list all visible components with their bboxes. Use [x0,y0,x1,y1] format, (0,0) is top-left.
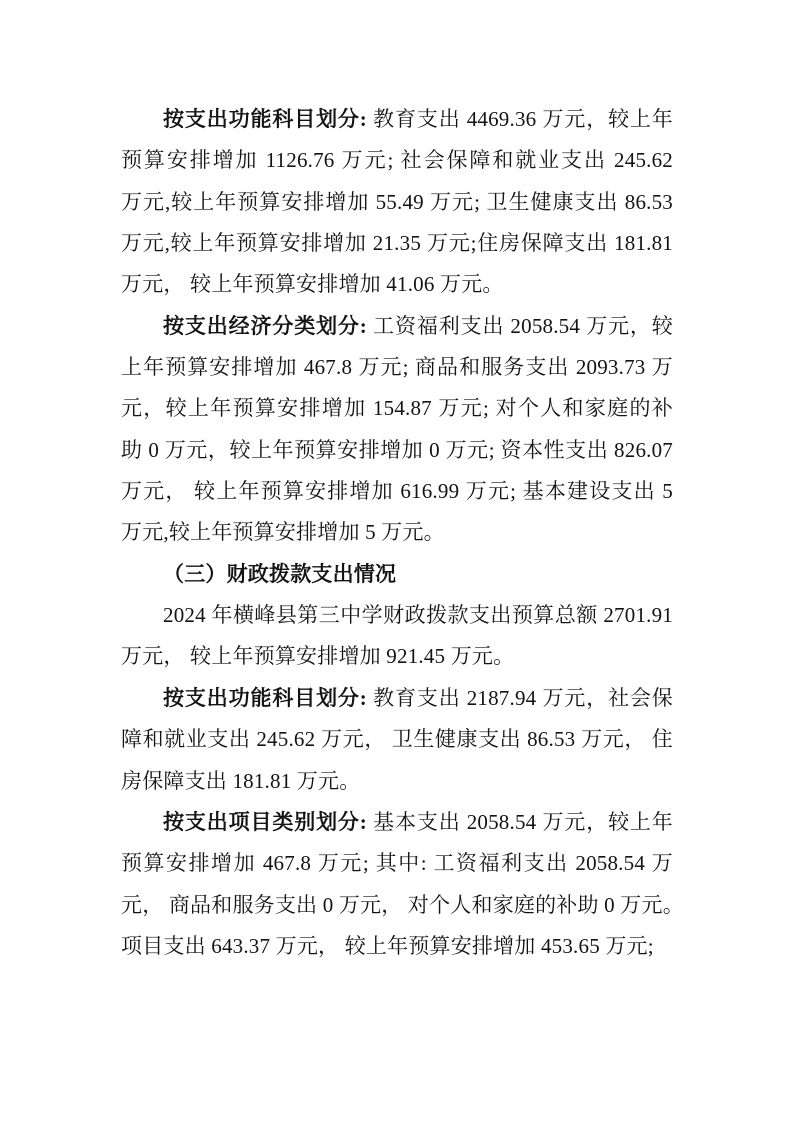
paragraph-fiscal-appropriation-total: 2024 年横峰县第三中学财政拨款支出预算总额 2701.91万元， 较上年预算… [121,595,673,678]
text-line: 障和就业支出 245.62 万元， 卫生健康支出 86.53 万元， 住 [121,719,673,760]
paragraph-expense-by-function-total: 按支出功能科目划分: 教育支出 4469.36 万元，较上年预算安排增加 112… [121,99,673,306]
text-line: （三）财政拨款支出情况 [121,554,673,595]
text-line: 按支出功能科目划分: 教育支出 2187.94 万元，社会保 [121,678,673,719]
text-line: 万元,较上年预算安排增加 55.49 万元; 卫生健康支出 86.53 [121,182,673,223]
paragraph-section-3-heading: （三）财政拨款支出情况 [121,554,673,595]
text-line: 按支出项目类别划分: 基本支出 2058.54 万元，较上年 [121,802,673,843]
text-line: 按支出功能科目划分: 教育支出 4469.36 万元，较上年 [121,99,673,140]
text-line: 万元， 较上年预算安排增加 41.06 万元。 [121,264,673,305]
text-line: 万元,较上年预算安排增加 5 万元。 [121,512,673,553]
bold-lead: 按支出项目类别划分: [163,810,367,834]
text-line: 预算安排增加 467.8 万元; 其中: 工资福利支出 2058.54 万 [121,843,673,884]
text-line: 房保障支出 181.81 万元。 [121,761,673,802]
text-line: 项目支出 643.37 万元， 较上年预算安排增加 453.65 万元; [121,926,673,967]
text-line: 上年预算安排增加 467.8 万元; 商品和服务支出 2093.73 万 [121,347,673,388]
text-line: 万元， 较上年预算安排增加 921.45 万元。 [121,636,673,677]
bold-lead: （三）财政拨款支出情况 [163,562,396,586]
text-line: 元， 商品和服务支出 0 万元， 对个人和家庭的补助 0 万元。 [121,885,673,926]
text-line: 按支出经济分类划分: 工资福利支出 2058.54 万元，较 [121,306,673,347]
text-line: 助 0 万元，较上年预算安排增加 0 万元; 资本性支出 826.07 [121,430,673,471]
bold-lead: 按支出功能科目划分: [163,107,367,131]
document-page: 按支出功能科目划分: 教育支出 4469.36 万元，较上年预算安排增加 112… [0,0,793,1122]
text-line: 2024 年横峰县第三中学财政拨款支出预算总额 2701.91 [121,595,673,636]
text-line: 元，较上年预算安排增加 154.87 万元; 对个人和家庭的补 [121,388,673,429]
bold-lead: 按支出功能科目划分: [163,686,367,710]
text-line: 万元， 较上年预算安排增加 616.99 万元; 基本建设支出 5 [121,471,673,512]
paragraph-expense-by-economic-class: 按支出经济分类划分: 工资福利支出 2058.54 万元，较上年预算安排增加 4… [121,306,673,554]
bold-lead: 按支出经济分类划分: [163,314,367,338]
document-body: 按支出功能科目划分: 教育支出 4469.36 万元，较上年预算安排增加 112… [121,99,673,967]
paragraph-fiscal-by-project-category: 按支出项目类别划分: 基本支出 2058.54 万元，较上年预算安排增加 467… [121,802,673,967]
paragraph-fiscal-by-function: 按支出功能科目划分: 教育支出 2187.94 万元，社会保障和就业支出 245… [121,678,673,802]
text-line: 预算安排增加 1126.76 万元; 社会保障和就业支出 245.62 [121,140,673,181]
text-line: 万元,较上年预算安排增加 21.35 万元;住房保障支出 181.81 [121,223,673,264]
